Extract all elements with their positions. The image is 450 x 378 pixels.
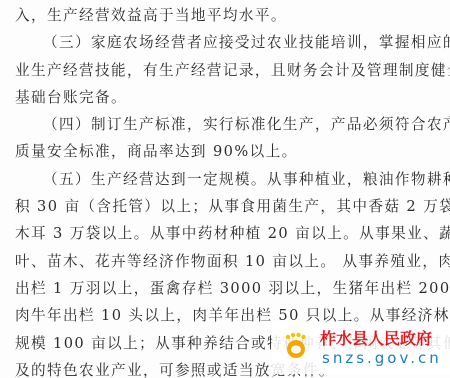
text-line: 木耳 3 万袋以上。从事中药材种植 20 亩以上。从事果业、蔬菜、茶 [15, 220, 435, 247]
watermark-url: snzs.gov.cn [322, 349, 442, 367]
text-line: 出栏 1 万羽以上，蛋禽存栏 3000 羽以上，生猪年出栏 200 头以上， [15, 275, 435, 302]
paragraph-5-start: （五）生产经营达到一定规模。从事种植业，粮油作物耕种面 [15, 166, 435, 193]
text-line: 积 30 亩（含托管）以上；从事食用菌生产，其中香菇 2 万袋以上， [15, 193, 435, 220]
text-line: 基础台账完备。 [15, 84, 435, 111]
text-line: 入，生产经营效益高于当地平均水平。 [15, 2, 435, 29]
text-line: 业生产经营技能，有生产经营记录，且财务会计及管理制度健全， [15, 57, 435, 84]
text-line: 叶、苗木、花卉等经济作物面积 10 亩以上。 从事养殖业，肉禽年 [15, 248, 435, 275]
paragraph-4-start: （四）制订生产标准，实行标准化生产，产品必须符合农产品 [15, 111, 435, 138]
government-watermark: 柞水县人民政府 snzs.gov.cn [272, 322, 450, 374]
paragraph-3-start: （三）家庭农场经营者应接受过农业技能培训，掌握相应的农 [15, 29, 435, 56]
watermark-title: 柞水县人民政府 [320, 326, 432, 349]
paw-logo-icon [282, 332, 310, 360]
text-line: 质量安全标准，商品率达到 90%以上。 [15, 138, 435, 165]
